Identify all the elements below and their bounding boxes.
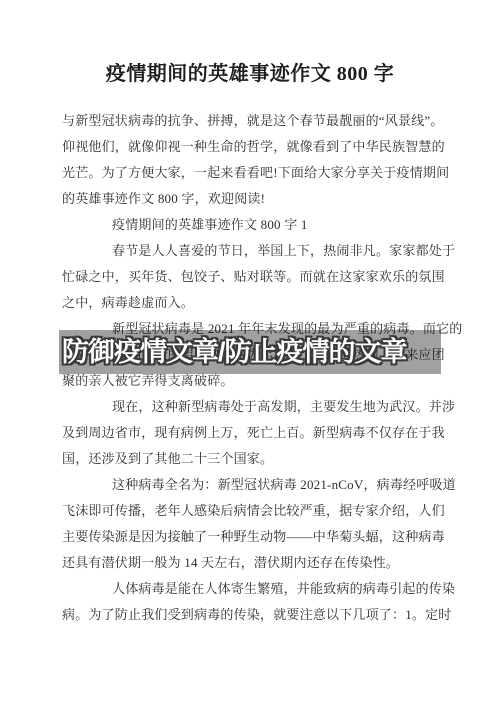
body-line: 疫情期间的英雄事迹作文 800 字 1: [62, 212, 439, 238]
document-page: 疫情期间的英雄事迹作文 800 字 与新型冠状病毒的抗争、拼搏，就是这个春节最靓…: [0, 0, 500, 706]
body-line: 这种病毒全名为：新型冠状病毒 2021-nCoV，病毒经呼吸道: [62, 472, 439, 498]
body-line: 及到周边省市，现有病例上万，死亡上百。新型病毒不仅存在于我: [62, 420, 439, 446]
body-line: 主要传染源是因为接触了一种野生动物——中华菊头蝠，这种病毒: [62, 524, 439, 550]
body-line: 仰视他们，就像仰视一种生命的哲学，就像看到了中华民族智慧的: [62, 134, 439, 160]
body-line: 还具有潜伏期一般为 14 天左右，潜伏期内还存在传染性。: [62, 550, 439, 576]
watermark-banner-text: 防御疫情文章/防止疫情的文章: [62, 330, 407, 374]
body-line: 之中，病毒趁虚而入。: [62, 290, 439, 316]
body-line: 的英雄事迹作文 800 字，欢迎阅读!: [62, 186, 439, 212]
document-title: 疫情期间的英雄事迹作文 800 字: [0, 57, 500, 86]
watermark-banner: 防御疫情文章/防止疫情的文章: [59, 330, 441, 374]
body-line: 人体病毒是能在人体寄生繁殖，并能致病的病毒引起的传染: [62, 576, 439, 602]
body-line: 与新型冠状病毒的抗争、拼搏，就是这个春节最靓丽的“风景线”。: [62, 108, 439, 134]
body-line: 光芒。为了方便大家，一起来看看吧!下面给大家分享关于疫情期间: [62, 160, 439, 186]
body-line: 国，还涉及到了其他二十三个国家。: [62, 446, 439, 472]
body-line: 春节是人人喜爱的节日，举国上下，热闹非凡。家家都处于: [62, 238, 439, 264]
body-line: 飞沫即可传播，老年人感染后病情会比较严重，据专家介绍，人们: [62, 498, 439, 524]
body-line: 病。为了防止我们受到病毒的传染，就要注意以下几项了：1。定时: [62, 602, 439, 628]
body-line: 忙碌之中，买年货、包饺子、贴对联等。而就在这家家欢乐的氛围: [62, 264, 439, 290]
body-line: 现在，这种新型病毒处于高发期，主要发生地为武汉。并涉: [62, 394, 439, 420]
